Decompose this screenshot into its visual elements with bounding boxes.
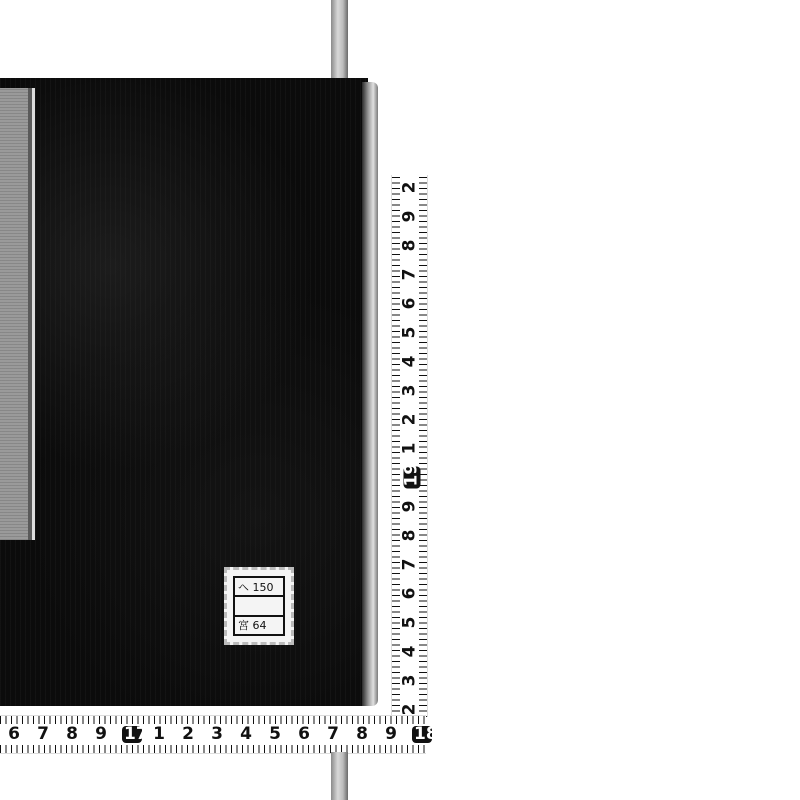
ruler-number: 5 [267,726,283,743]
horizontal-ruler: 678917012345678918 [0,715,426,754]
ruler-number: 2 [402,179,419,197]
ruler-number: 6 [6,726,22,743]
ruler-number: 8 [354,726,370,743]
label-line-3: 宮 64 [235,617,283,634]
bookmark-ribbon-top [331,0,348,82]
ruler-ticks [0,745,426,753]
ruler-number: 5 [402,324,419,342]
ruler-number: 2 [180,726,196,743]
ruler-number: 2 [402,411,419,429]
ruler-number: 7 [325,726,341,743]
ruler-number: 4 [402,353,419,371]
label-line-2 [235,597,283,616]
ruler-number: 190 [404,467,421,489]
vertical-ruler: 298765432119098765432 [391,175,428,717]
ruler-number: 4 [238,726,254,743]
ruler-number: 3 [209,726,225,743]
ruler-number: 6 [402,295,419,313]
ruler-ticks [419,175,427,717]
ruler-number: 3 [402,672,419,690]
ruler-number: 8 [402,527,419,545]
ruler-number: 170 [122,726,142,743]
ruler-number: 9 [402,498,419,516]
ruler-number: 8 [402,237,419,255]
bookmark-ribbon-bottom [331,752,348,800]
ruler-number: 5 [402,614,419,632]
library-call-label: ヘ 150 宮 64 [224,567,294,645]
ruler-number: 9 [402,208,419,226]
ruler-number: 9 [383,726,399,743]
ruler-number: 3 [402,382,419,400]
book-spine-edge [362,82,378,706]
ruler-number: 7 [402,556,419,574]
ruler-number: 6 [402,585,419,603]
ruler-number: 7 [35,726,51,743]
title-slip [0,88,35,540]
ruler-number: 8 [64,726,80,743]
ruler-number: 6 [296,726,312,743]
ruler-number: 7 [402,266,419,284]
ruler-number: 4 [402,643,419,661]
ruler-ticks [0,716,426,724]
ruler-number: 18 [412,726,432,743]
ruler-number: 9 [93,726,109,743]
label-line-1: ヘ 150 [235,578,283,597]
ruler-number: 1 [151,726,167,743]
book-cover [0,78,368,706]
